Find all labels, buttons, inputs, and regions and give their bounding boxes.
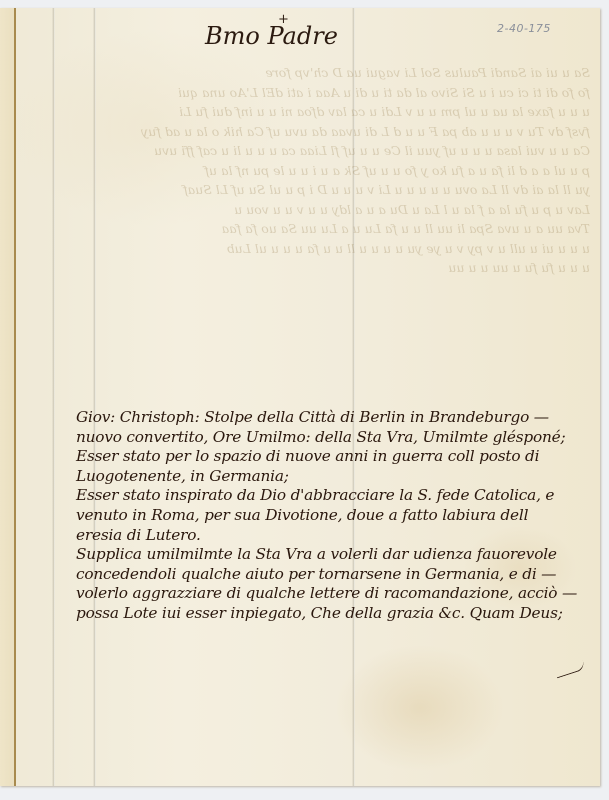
body-line: nuovo convertito, Ore Umilmo: della Sta … <box>76 428 596 448</box>
bleed-line: fvsf dv Tu v u u u ab pa F u u d L di uv… <box>110 122 590 142</box>
petition-body: Giov: Christoph: Stolpe della Città di B… <box>76 408 596 624</box>
bleed-line: Tva uu a u uva Spa li uu ll u u fa Lu u … <box>110 219 590 239</box>
body-line: eresia di Lutero. <box>76 526 596 546</box>
body-line: volerlo aggrazziare di qualche lettere d… <box>76 584 596 604</box>
bleed-line: Sa u ui ai Sandi Paulus Sol Li vagui ua … <box>110 63 590 83</box>
body-line: Esser stato per lo spazio di nuove anni … <box>76 447 596 467</box>
bleed-line: yu ll la ai dv ll La ovu u u u u u Li v … <box>110 180 590 200</box>
bleed-line: u u u fu fu u uu u u uu <box>110 258 590 278</box>
body-line: venuto in Roma, per sua Divotione, doue … <box>76 506 596 526</box>
body-line: Supplica umilmilmte la Sta Vra a volerli… <box>76 545 596 565</box>
bleed-line: Ca u u vui lasa u u u uf yuu il Ce u u u… <box>110 141 590 161</box>
binding-strip <box>0 8 16 786</box>
bleed-line: fo fo di ti ci cu i u Si Sivo al da ti u… <box>110 83 590 103</box>
body-line: Esser stato inspirato da Dio d'abbraccia… <box>76 486 596 506</box>
paper-fold <box>93 8 96 786</box>
body-line: possa Lote iui esser inpiegato, Che dell… <box>76 604 596 624</box>
manuscript-page: Sa u ui ai Sandi Paulus Sol Li vagui ua … <box>0 8 600 786</box>
salutation-heading: Bmo Padre <box>205 22 338 50</box>
catalog-number: 2-40-175 <box>497 22 551 35</box>
bleed-line: p u ul a a d li fa u a fu ko y fo u u uf… <box>110 161 590 181</box>
paper-fold <box>52 8 55 786</box>
bleed-line: Lav u p u fu la a f la u l La u Du a u a… <box>110 200 590 220</box>
body-line: concedendoli qualche aiuto per tornarsen… <box>76 565 596 585</box>
bleed-line: u u u ui u ull u v py v u ye yu u u u u … <box>110 239 590 259</box>
bleed-line: u u u faxe la ua u ul pm u u v Ldi u ca … <box>110 102 590 122</box>
body-line: Luogotenente, in Germania; <box>76 467 596 487</box>
bleed-through-text: Sa u ui ai Sandi Paulus Sol Li vagui ua … <box>110 63 590 278</box>
body-line: Giov: Christoph: Stolpe della Città di B… <box>76 408 596 428</box>
